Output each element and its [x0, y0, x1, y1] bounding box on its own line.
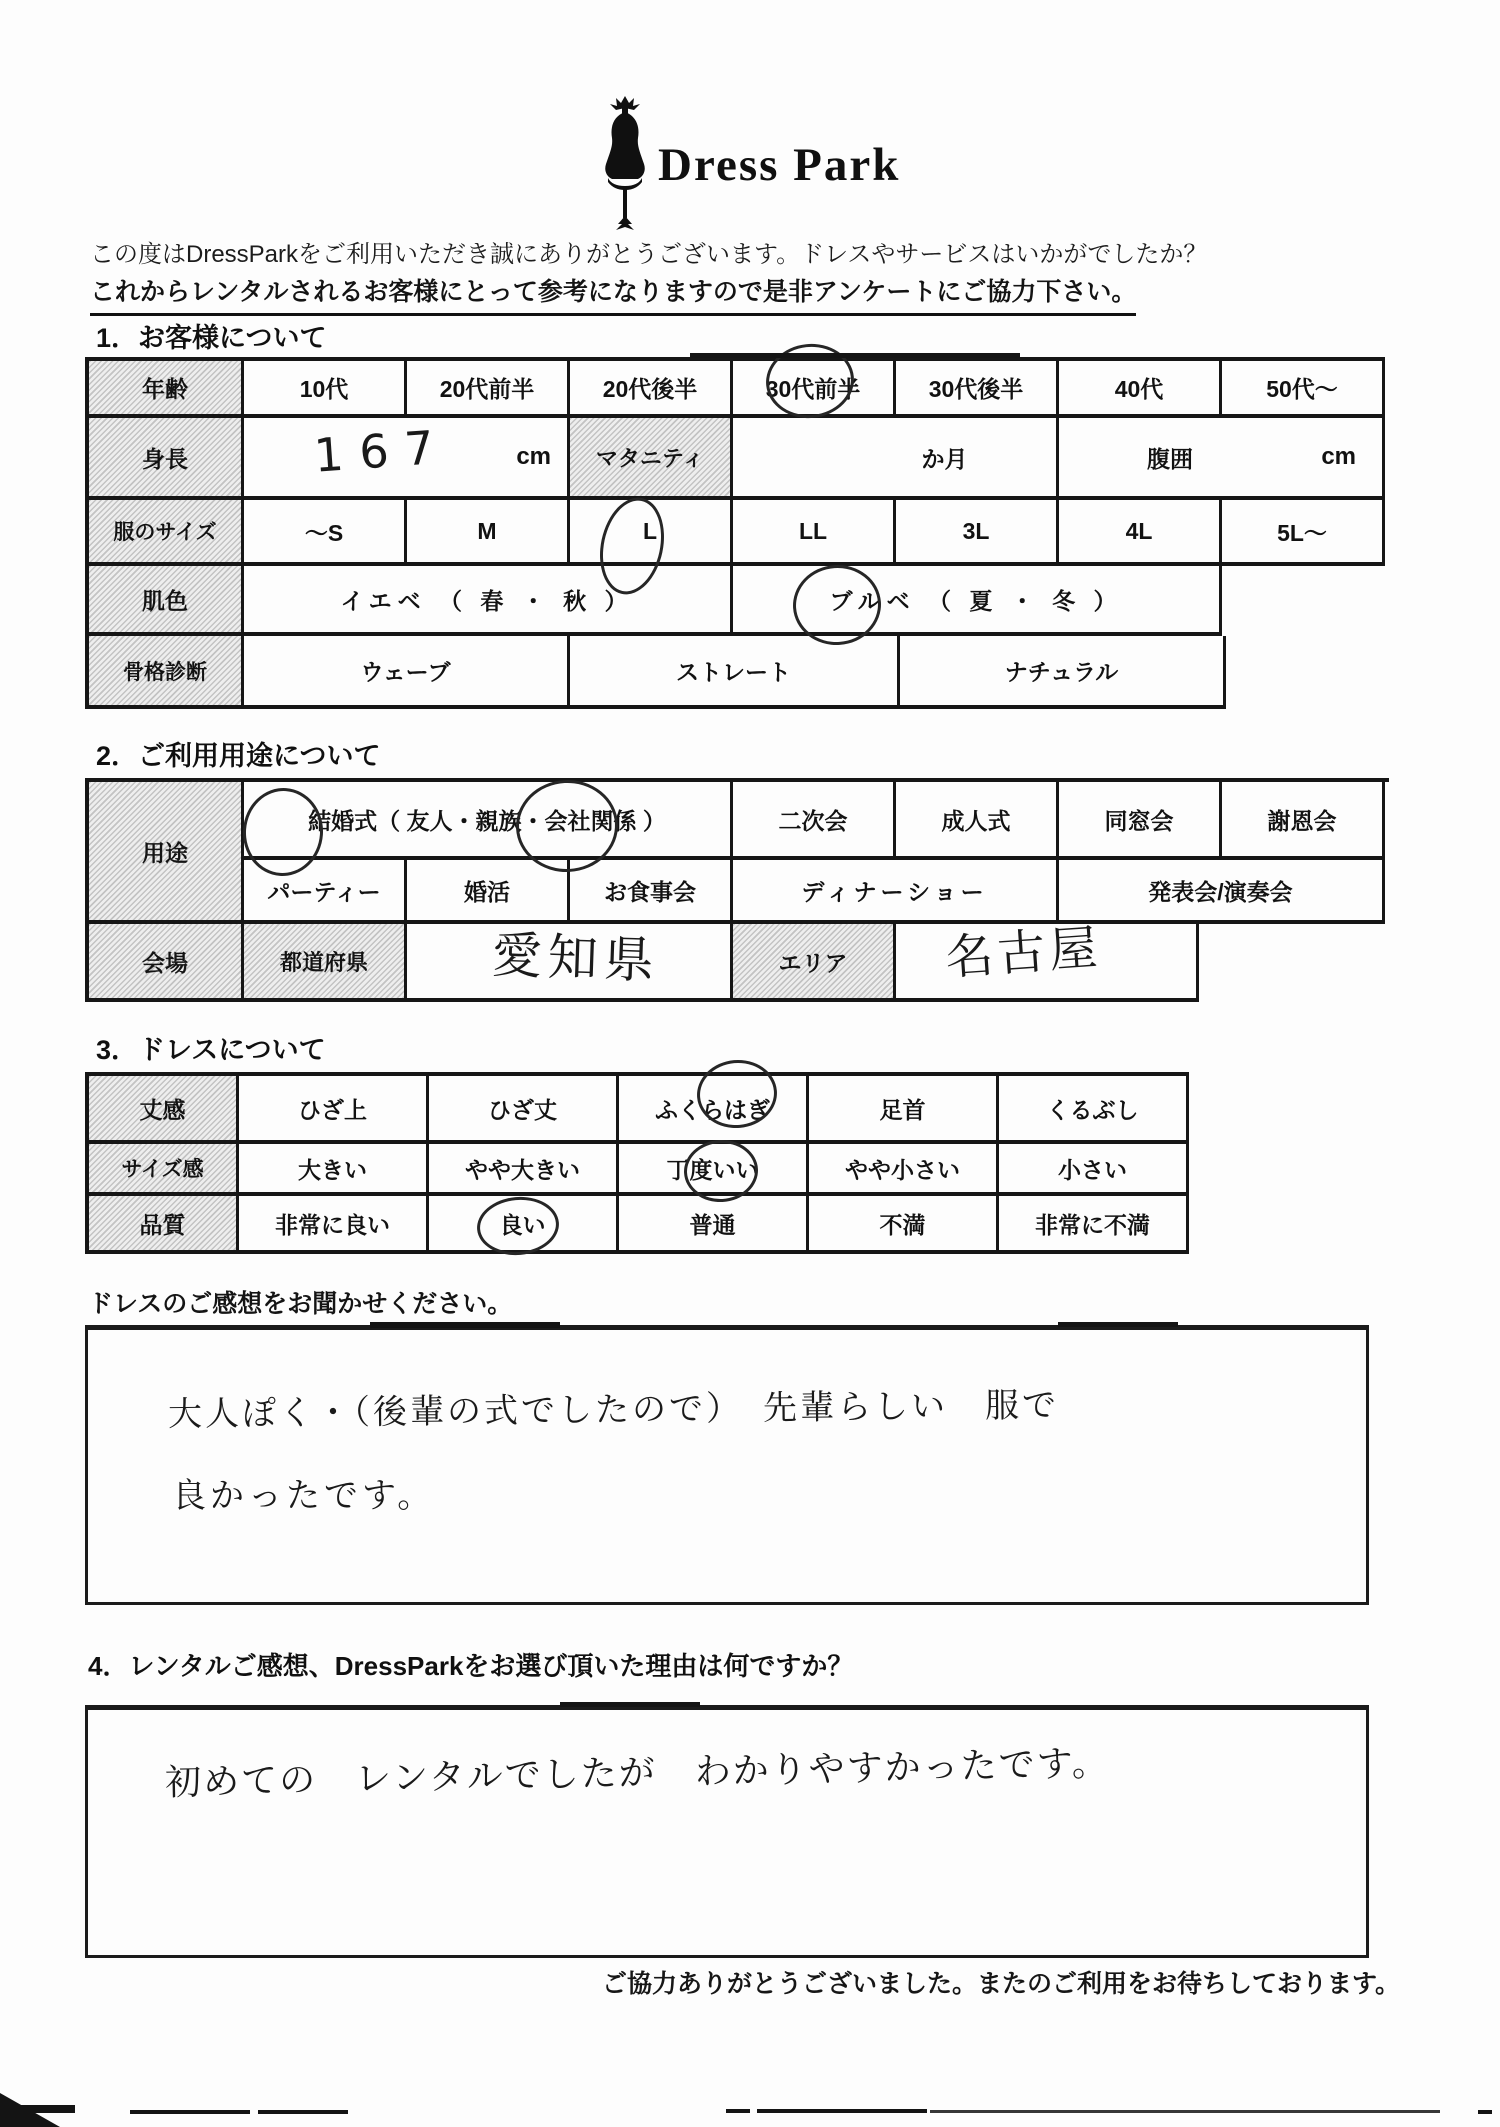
months-cell: か月: [733, 418, 1059, 500]
table-row-purpose1: 結婚式（ 友人・親族・会社関係 ） 二次会 成人式 同窓会 謝恩会: [244, 782, 1389, 860]
unit-label: cm: [516, 443, 551, 471]
row-label-quality: 品質: [89, 1196, 239, 1254]
option-cell: くるぶし: [999, 1076, 1189, 1144]
table-row-frame: 骨格診断 ウェーブ ストレート ナチュラル: [89, 636, 1385, 709]
option-cell: 同窓会: [1059, 782, 1222, 860]
option-cell: M: [407, 500, 570, 566]
section2-title: 2．ご利用用途について: [96, 734, 380, 773]
unit-label: cm: [1321, 443, 1356, 471]
feedback-box: [85, 1325, 1369, 1605]
scan-artifact: [130, 2110, 250, 2114]
handwritten-feedback-line2: 良かったです。: [172, 1468, 435, 1517]
row-label-purpose: 用途: [89, 782, 244, 924]
table-row-height: 身長 cm マタニティ か月 腹囲 cm: [89, 418, 1385, 500]
table-row-purpose2: パーティー 婚活 お食事会 ディナーショー 発表会/演奏会: [244, 860, 1389, 924]
dress-form-icon: [598, 96, 652, 232]
option-cell: 4L: [1059, 500, 1222, 566]
option-cell: 10代: [244, 361, 407, 418]
option-cell: 小さい: [999, 1144, 1189, 1196]
row-label-height: 身長: [89, 418, 244, 500]
option-cell: 不満: [809, 1196, 999, 1254]
intro-line2: これからレンタルされるお客様にとって参考になりますので是非アンケートにご協力下さ…: [90, 272, 1136, 316]
row-label-venue: 会場: [89, 924, 244, 1002]
scan-artifact: [10, 2105, 75, 2113]
option-cell: 大きい: [239, 1144, 429, 1196]
intro-line1: この度はDressParkをご利用いただき誠にありがとうございます。ドレスやサー…: [90, 234, 1207, 269]
row-label-age: 年齢: [89, 361, 244, 418]
section1-title: 1．お客様について: [96, 316, 326, 355]
option-cell: ストレート: [570, 636, 900, 709]
option-cell: 5L～: [1222, 500, 1385, 566]
option-cell: 二次会: [733, 782, 896, 860]
option-cell: ひざ丈: [429, 1076, 619, 1144]
option-cell: 謝恩会: [1222, 782, 1385, 860]
prefecture-label-cell: 都道府県: [244, 924, 407, 1002]
brand-logo-text: Dress Park: [658, 138, 900, 192]
table-row-fit: サイズ感 大きい やや大きい 丁度いい やや小さい 小さい: [89, 1144, 1189, 1196]
footer-thanks: ご協力ありがとうございました。またのご利用をお待ちしております。: [602, 1964, 1400, 2000]
option-cell: 20代前半: [407, 361, 570, 418]
scan-artifact: [726, 2109, 750, 2113]
scan-artifact: [1058, 1322, 1178, 1327]
table-row-quality: 品質 非常に良い 良い 普通 不満 非常に不満: [89, 1196, 1189, 1254]
option-cell: やや大きい: [429, 1144, 619, 1196]
scan-artifact: [930, 2110, 1440, 2113]
option-cell: 非常に良い: [239, 1196, 429, 1254]
row-label-skin: 肌色: [89, 566, 244, 636]
handwritten-prefecture: 愛知県: [491, 915, 661, 993]
dress-table: 丈感 ひざ上 ひざ丈 ふくらはぎ 足首 くるぶし サイズ感 大きい やや大きい …: [85, 1072, 1189, 1254]
scan-artifact: [258, 2110, 348, 2114]
option-cell: イエベ （ 春 ・ 秋 ）: [244, 566, 733, 636]
section4-title: 4．レンタルご感想、DressParkをお選び頂いた理由は何ですか？: [88, 1646, 853, 1683]
row-label-length: 丈感: [89, 1076, 239, 1144]
waist-label: 腹囲: [1147, 441, 1193, 474]
scan-artifact: [370, 1322, 560, 1328]
waist-cell: 腹囲 cm: [1059, 418, 1385, 500]
option-cell: 足首: [809, 1076, 999, 1144]
feedback-label: ドレスのご感想をお聞かせください。: [88, 1284, 512, 1320]
handwritten-height: 167: [312, 419, 451, 482]
option-cell: ひざ上: [239, 1076, 429, 1144]
table-row-age: 年齢 10代 20代前半 20代後半 30代前半 30代後半 40代 50代～: [89, 361, 1385, 418]
customer-table: 年齢 10代 20代前半 20代後半 30代前半 30代後半 40代 50代～ …: [85, 357, 1385, 709]
area-label-cell: エリア: [733, 924, 896, 1002]
scan-artifact: [690, 353, 1020, 358]
section3-title: 3．ドレスについて: [96, 1028, 326, 1067]
option-cell: 40代: [1059, 361, 1222, 418]
option-cell: 3L: [896, 500, 1059, 566]
option-cell: 普通: [619, 1196, 809, 1254]
option-cell: ナチュラル: [900, 636, 1226, 709]
option-cell: お食事会: [570, 860, 733, 924]
option-cell: 婚活: [407, 860, 570, 924]
scan-artifact: [757, 2109, 927, 2113]
table-row-skin: 肌色 イエベ （ 春 ・ 秋 ） ブルベ （ 夏 ・ 冬 ）: [89, 566, 1385, 636]
option-cell: 50代～: [1222, 361, 1385, 418]
survey-page: Dress Park この度はDressParkをご利用いただき誠にありがとうご…: [0, 0, 1500, 2127]
row-label-size: 服のサイズ: [89, 500, 244, 566]
option-cell: LL: [733, 500, 896, 566]
row-label-fit: サイズ感: [89, 1144, 239, 1196]
handwritten-feedback-line1: 大人ぽく・（後輩の式でしたので） 先輩らしい 服で: [168, 1377, 1059, 1435]
option-cell: 成人式: [896, 782, 1059, 860]
table-row-venue: 都道府県 エリア: [244, 924, 1389, 1002]
handwritten-area: 名古屋: [943, 909, 1103, 989]
option-cell: ウェーブ: [244, 636, 570, 709]
scan-artifact: [1478, 2110, 1492, 2114]
option-cell: 30代後半: [896, 361, 1059, 418]
option-cell: 20代後半: [570, 361, 733, 418]
row-label-frame: 骨格診断: [89, 636, 244, 709]
table-row-length: 丈感 ひざ上 ひざ丈 ふくらはぎ 足首 くるぶし: [89, 1076, 1189, 1144]
scan-artifact: [560, 1702, 700, 1707]
maternity-cell: マタニティ: [570, 418, 733, 500]
option-cell: 非常に不満: [999, 1196, 1189, 1254]
table-row-size: 服のサイズ ～S M L LL 3L 4L 5L～: [89, 500, 1385, 566]
option-cell: 発表会/演奏会: [1059, 860, 1385, 924]
option-cell: やや小さい: [809, 1144, 999, 1196]
option-cell: ～S: [244, 500, 407, 566]
